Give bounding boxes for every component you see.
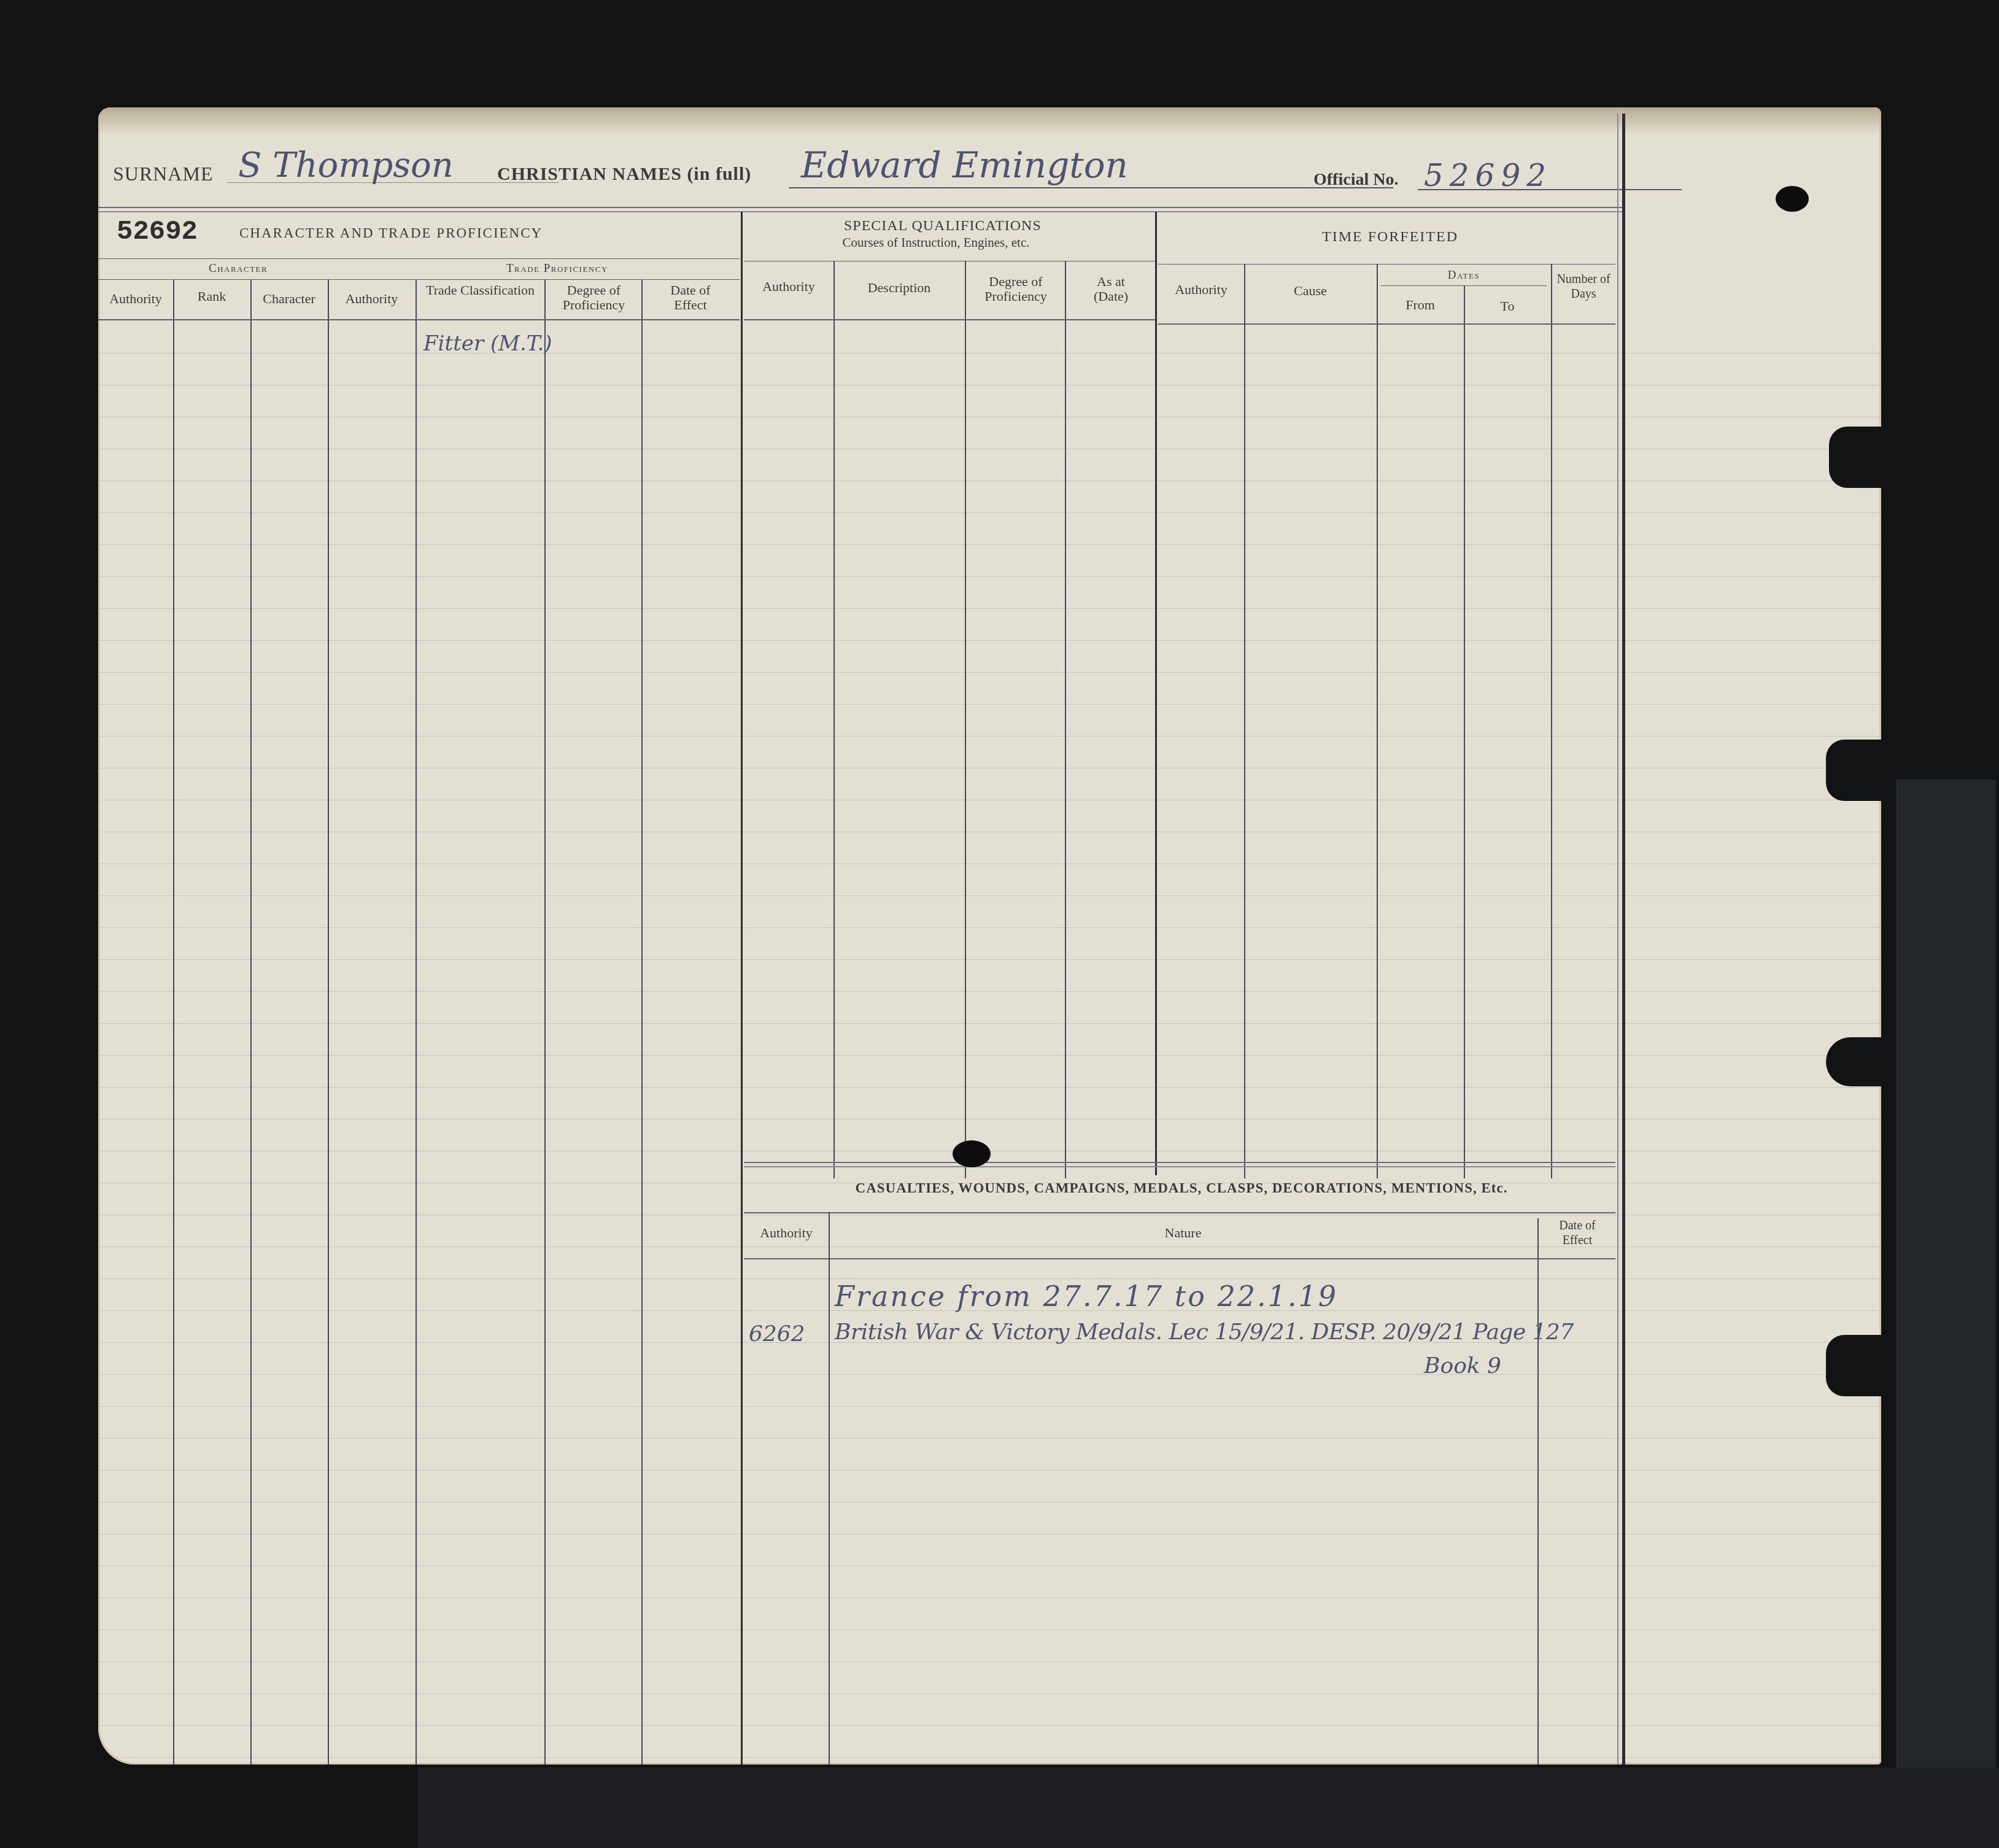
casualties-title: CASUALTIES, WOUNDS, CAMPAIGNS, MEDALS, C… (752, 1180, 1611, 1196)
special-qualifications-title: SPECIAL QUALIFICATIONS (844, 218, 1028, 234)
ruled-line (98, 1215, 1881, 1215)
surname-value: S Thompson (238, 145, 454, 185)
sq-title-rule (744, 261, 1155, 261)
col-line (250, 279, 252, 1765)
ruled-line (98, 1374, 1881, 1375)
col-header-authority: Authority (98, 292, 173, 306)
ruled-line (98, 417, 1881, 417)
time-forfeited-title: TIME FORFEITED (1166, 229, 1614, 245)
casualty-entry-campaign: France from 27.7.17 to 22.1.19 (835, 1280, 1338, 1313)
casualty-entry-authority: 6262 (749, 1321, 805, 1347)
casualty-entry-book: Book 9 (1424, 1353, 1501, 1378)
col-header-rule (98, 319, 740, 320)
worn-top-edge (98, 107, 1881, 135)
sq-header-rule (744, 319, 1155, 320)
ruled-line (98, 1470, 1881, 1471)
binder-notch-1 (1829, 427, 1881, 488)
tf-header-authority: Authority (1158, 282, 1244, 297)
ruled-line (98, 1119, 1881, 1119)
stamp-number: 52692 (117, 217, 198, 247)
ruled-line (98, 481, 1881, 481)
christian-names-underline (789, 187, 1393, 188)
ruled-line (98, 1278, 1881, 1279)
col-line (1537, 1218, 1539, 1765)
ruled-line (98, 353, 1881, 354)
col-line (1377, 264, 1378, 1178)
service-record-page: SURNAME S Thompson CHRISTIAN NAMES (in f… (98, 107, 1881, 1765)
ruled-line (98, 1693, 1881, 1694)
col-line (1065, 261, 1066, 1178)
casualties-top-rule (744, 1162, 1615, 1167)
ruled-line (98, 704, 1881, 705)
surname-label: SURNAME (113, 163, 213, 185)
sq-header-authority: Authority (744, 279, 833, 294)
ruled-line (98, 672, 1881, 673)
punch-hole-top-right (1776, 186, 1809, 212)
cas-header-nature: Nature (829, 1226, 1537, 1240)
binder-notch-3 (1826, 1037, 1881, 1086)
right-margin-rule-thin (1617, 114, 1618, 1765)
casualties-title-rule (744, 1212, 1615, 1213)
trade-classification-value: Fitter (M.T.) (423, 331, 552, 356)
ruled-line (98, 385, 1881, 385)
tf-header-dates: Dates (1377, 268, 1551, 283)
tf-title-rule (1158, 264, 1615, 265)
col-header-rank: Rank (173, 289, 250, 304)
ruled-line (98, 640, 1881, 641)
col-line (965, 261, 966, 1178)
tf-header-from: From (1377, 298, 1464, 312)
col-line (829, 1212, 830, 1765)
ruled-line (98, 512, 1881, 513)
col-line (544, 279, 546, 1765)
ruled-line (98, 991, 1881, 992)
section-divider-left (741, 212, 743, 1765)
ruled-line (98, 895, 1881, 896)
col-line (416, 279, 417, 1765)
tf-header-to: To (1464, 299, 1551, 314)
ruled-line (98, 1502, 1881, 1502)
col-line (833, 261, 835, 1178)
ruled-line (98, 1566, 1881, 1566)
ruled-line (98, 736, 1881, 736)
ruled-line (98, 1534, 1881, 1534)
header-divider (98, 207, 1625, 212)
ruled-line (98, 449, 1881, 449)
cas-header-authority: Authority (744, 1226, 829, 1240)
group-trade-proficiency: Trade Proficiency (506, 262, 608, 276)
cas-header-date-of-effect: Date of Effect (1544, 1218, 1611, 1248)
ruled-line (98, 1757, 1881, 1758)
col-line (328, 279, 329, 1765)
col-header-character: Character (250, 292, 328, 306)
col-line (1551, 264, 1552, 1178)
character-trade-title-rule (98, 258, 740, 259)
col-header-authority-2: Authority (328, 292, 416, 306)
tf-header-cause: Cause (1244, 284, 1377, 298)
ruled-line (98, 1438, 1881, 1439)
col-header-trade-classification: Trade Classification (423, 283, 537, 298)
christian-names-label: CHRISTIAN NAMES (in full) (497, 164, 751, 185)
sq-header-degree-of-proficiency: Degree of Proficiency (976, 274, 1056, 304)
folder-cover-flap (1897, 779, 1996, 1848)
folder-cover-bottom (417, 1768, 1999, 1848)
tf-dates-rule (1381, 285, 1547, 286)
col-line (173, 279, 174, 1765)
sq-header-description: Description (833, 280, 965, 295)
ruled-line (98, 1087, 1881, 1088)
punch-hole-center (953, 1140, 991, 1167)
tf-header-rule (1158, 323, 1615, 325)
ruled-line (98, 1598, 1881, 1598)
ruled-line (98, 1247, 1881, 1247)
tf-header-number-of-days: Number of Days (1556, 272, 1611, 301)
ruled-line (98, 1630, 1881, 1630)
binder-notch-4 (1826, 1335, 1881, 1396)
official-no-label: Official No. (1313, 170, 1398, 190)
col-header-degree-of-proficiency: Degree of Proficiency (552, 283, 635, 312)
ruled-line (98, 1023, 1881, 1024)
col-line (1244, 264, 1245, 1178)
group-character: Character (209, 262, 268, 276)
ruled-line (98, 576, 1881, 577)
col-line (641, 279, 643, 1765)
binder-notch-2 (1826, 740, 1881, 801)
ruled-line (98, 864, 1881, 864)
character-trade-title: CHARACTER AND TRADE PROFICIENCY (239, 225, 543, 241)
christian-names-value: Edward Emington (801, 144, 1128, 186)
section-divider-middle (1155, 212, 1157, 1175)
ruled-line (98, 800, 1881, 800)
right-margin-rule (1622, 114, 1625, 1765)
sq-header-as-at-date: As at (Date) (1080, 274, 1142, 304)
ruled-line (98, 544, 1881, 545)
special-qualifications-subtitle: Courses of Instruction, Engines, etc. (822, 235, 1050, 250)
ruled-line (98, 959, 1881, 960)
ruled-line (98, 1725, 1881, 1726)
col-header-date-of-effect: Date of Effect (657, 283, 724, 312)
ruled-line (98, 608, 1881, 609)
ruled-line (98, 1055, 1881, 1056)
cas-header-rule (744, 1258, 1615, 1259)
group-rule (98, 279, 740, 280)
col-line (1464, 285, 1465, 1178)
ruled-line (98, 1406, 1881, 1407)
ruled-line (98, 1661, 1881, 1662)
ruled-line (98, 832, 1881, 832)
official-no-value: 52692 (1424, 158, 1552, 193)
ruled-line (98, 927, 1881, 928)
casualty-entry-medals: British War & Victory Medals. Lec 15/9/2… (835, 1320, 1574, 1345)
ruled-line (98, 768, 1881, 768)
